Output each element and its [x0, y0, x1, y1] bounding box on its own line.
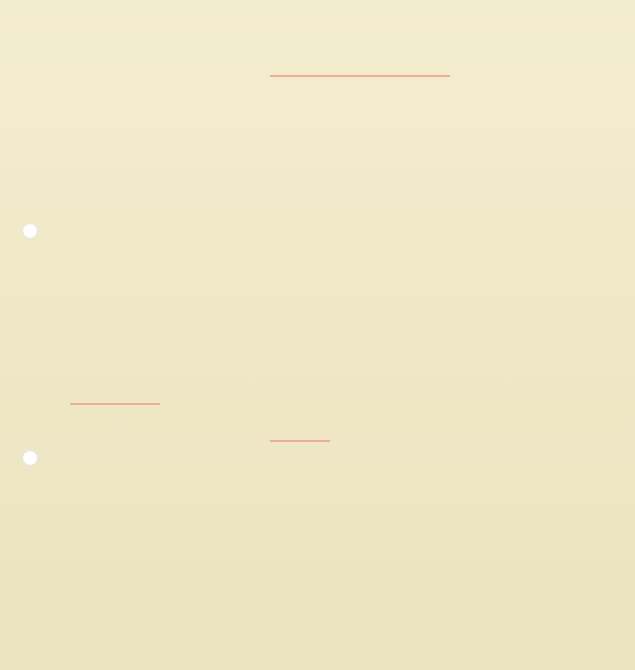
red-pencil-mark: [70, 403, 160, 405]
red-pencil-mark: [270, 440, 330, 442]
punch-hole: [22, 450, 38, 466]
punch-hole: [22, 223, 38, 239]
letter-page: [0, 0, 635, 670]
red-pencil-mark: [270, 75, 450, 77]
